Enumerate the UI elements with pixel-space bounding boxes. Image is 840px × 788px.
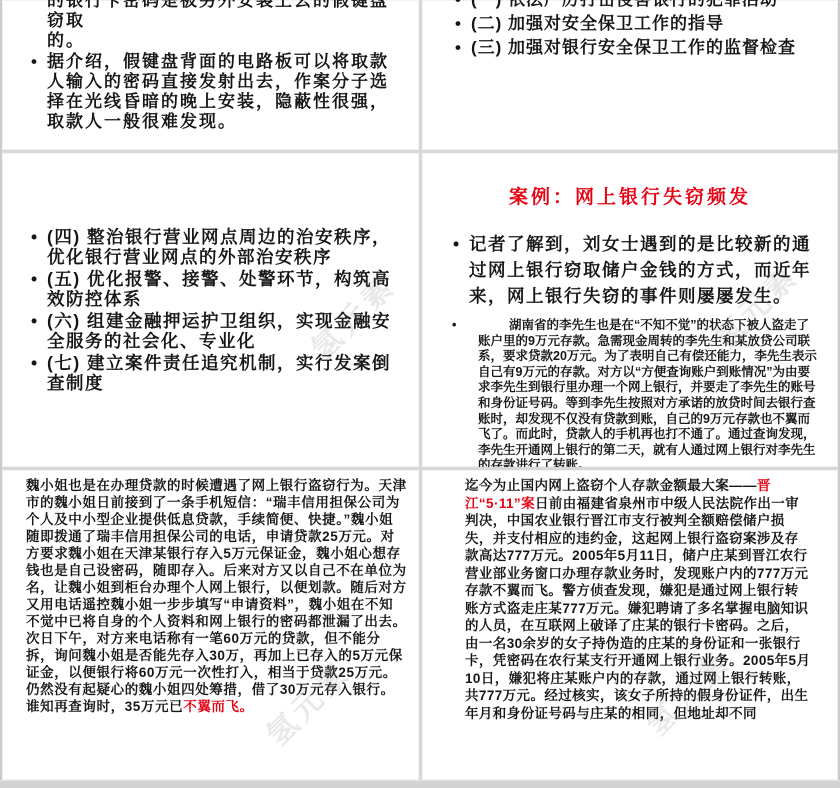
slide1-continuation-line-2: 的。: [30, 31, 397, 51]
slide-thumbnail-1[interactable]: 的银行卡密码是被另外安装上去的假键盘窃取 的。 据介绍，假键盘背面的电路板可以将…: [2, 0, 419, 150]
text-run: 30: [507, 636, 523, 651]
text-run: 60: [223, 631, 239, 646]
text-run: 万，再加上已存入的: [226, 648, 353, 663]
text-run: 5: [352, 648, 360, 663]
text-run: 万元一次性打入，相当于贷款: [155, 665, 338, 680]
text-run: 万元。: [530, 548, 572, 563]
slide6-paragraph: 迄今为止国内网上盗窃个人存款金额最大案——晋江“5·11”案日前由福建省泉州市中…: [465, 477, 812, 722]
slide-grid: 的银行卡密码是被另外安装上去的假键盘窃取 的。 据介绍，假键盘背面的电路板可以将…: [0, 0, 840, 780]
text-run: 20: [553, 349, 567, 363]
slide3-bullet-4: (七) 建立案件责任追究机制，实行发案倒查制度: [30, 353, 395, 393]
slide-thumbnail-5[interactable]: 魏小姐也是在办理贷款的时候遭遇了网上银行盗窃行为。天津市的魏小姐日前接到了一条手…: [2, 470, 419, 780]
text-run: 9: [528, 334, 535, 348]
slide-thumbnail-2[interactable]: (一) 依法严厉打击侵害银行的犯罪活动 (二) 加强对安全保卫工作的指导 (三)…: [422, 0, 838, 150]
slide2-bullet-list: (一) 依法严厉打击侵害银行的犯罪活动 (二) 加强对安全保卫工作的指导 (三)…: [454, 0, 820, 58]
slide1-bullet: 据介绍，假键盘背面的电路板可以将取款人输入的密码直接发射出去，作案分子选择在光线…: [30, 52, 397, 132]
bottom-edge-strip: [0, 780, 840, 788]
slide-thumbnail-6[interactable]: 迄今为止国内网上盗窃个人存款金额最大案——晋江“5·11”案日前由福建省泉州市中…: [422, 470, 838, 780]
text-run: 迄今为止国内网上盗窃个人存款金额最大案——: [465, 478, 757, 493]
slide3-bullet-2: (五) 优化报警、接警、处警环节，构筑高效防控体系: [30, 269, 395, 309]
slide-thumbnail-3[interactable]: (四) 整治银行营业网点周边的治安秩序，优化银行营业网点的外部治安秩序 (五) …: [2, 153, 419, 467]
slide2-bullet-2: (二) 加强对安全保卫工作的指导: [454, 13, 820, 34]
slide1-continuation-line-1: 的银行卡密码是被另外安装上去的假键盘窃取: [30, 0, 397, 31]
slide1-clipped-text: 的银行卡密码是被另外安装上去的假键盘窃取 的。: [30, 0, 397, 51]
slide2-bullet-1: (一) 依法严厉打击侵害银行的犯罪活动: [454, 0, 820, 10]
text-run: 5: [223, 546, 231, 561]
text-run: 60: [139, 665, 155, 680]
text-run: 万元已: [141, 699, 183, 714]
text-run: 30: [280, 682, 296, 697]
text-run: 777: [507, 548, 531, 563]
slide3-bullet-3: (六) 组建金融押运护卫组织，实现金融安全服务的社会化、专业化: [30, 311, 395, 351]
slide-sorter-preview: 的银行卡密码是被另外安装上去的假键盘窃取 的。 据介绍，假键盘背面的电路板可以将…: [0, 0, 840, 788]
text-run: 777: [757, 566, 781, 581]
slide-thumbnail-4[interactable]: 案例：网上银行失窃频发 记者了解到，刘女士遇到的是比较新的通过网上银行窃取储户金…: [422, 153, 838, 467]
text-run: 777: [562, 601, 586, 616]
slide3-bullet-1: (四) 整治银行营业网点周边的治安秩序，优化银行营业网点的外部治安秩序: [30, 227, 395, 267]
slide4-bullet-main: 记者了解到，刘女士遇到的是比较新的通过网上银行窃取储户金钱的方式，而近年来，网上…: [452, 231, 816, 309]
text-run: 9: [703, 412, 710, 426]
slide5-paragraph: 魏小姐也是在办理贷款的时候遭遇了网上银行盗窃行为。天津市的魏小姐日前接到了一条手…: [26, 477, 407, 715]
text-run: 30: [209, 648, 225, 663]
text-run: 25: [322, 529, 338, 544]
text-run: 不翼而飞。: [183, 699, 254, 714]
slide4-title: 案例：网上银行失窃频发: [452, 186, 808, 210]
text-run: 万元。经过核实，该女子所持的假身份证件，出生年月和身份证号码与庄某的相同，但地址…: [465, 688, 808, 721]
text-run: 777: [479, 688, 503, 703]
text-run: 35: [125, 699, 141, 714]
slide2-bullet-3: (三) 加强对银行安全保卫工作的监督检查: [454, 37, 820, 58]
text-run: 25: [338, 665, 354, 680]
text-run: 2005年5月11日: [572, 548, 668, 563]
slide4-bullet-detail: 湖南省的李先生也是在“不知不觉”的状态下被人盗走了账户里的9万元存款。急需现金周…: [452, 318, 820, 467]
